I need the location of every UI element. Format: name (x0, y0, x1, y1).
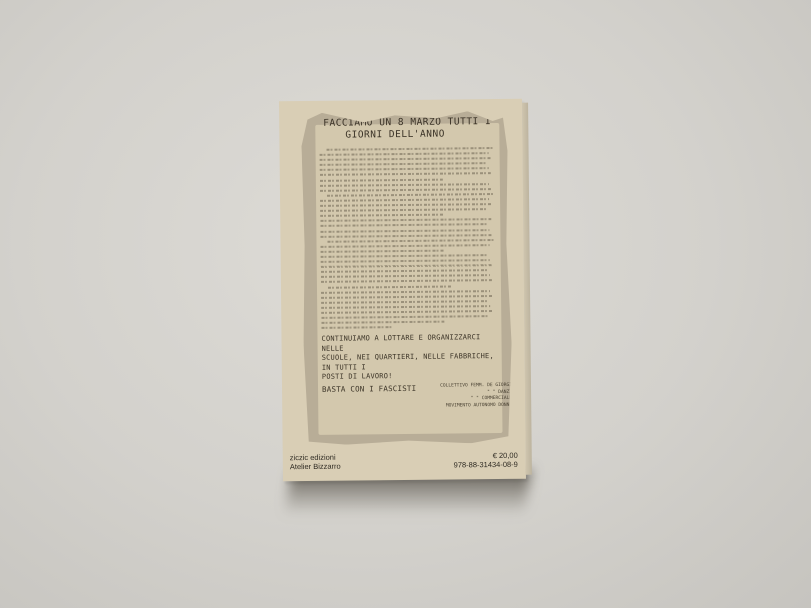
typewritten-line (320, 214, 443, 217)
typewritten-line (321, 269, 488, 273)
price-isbn: € 20,00 978-88-31434-08-9 (453, 451, 517, 470)
document-title-line1: FACCIAMO UN 8 MARZO TUTTI I (323, 116, 491, 129)
reproduced-document: FACCIAMO UN 8 MARZO TUTTI I GIORNI DELL'… (301, 111, 512, 445)
typewritten-line (321, 264, 492, 268)
document-title-line2: GIORNI DELL'ANNO (323, 128, 503, 142)
typewritten-line (320, 162, 487, 166)
typewritten-line (321, 290, 490, 294)
typewritten-line (320, 234, 491, 238)
typewritten-line (320, 157, 491, 161)
typewritten-line (321, 274, 490, 278)
typewritten-line (327, 193, 494, 197)
typewritten-line (320, 183, 489, 187)
typewritten-line (321, 254, 488, 258)
signature-line: MOVIMENTO AUTONOMO DONNE (412, 402, 512, 410)
typewritten-body (320, 147, 498, 332)
book-back-cover: FACCIAMO UN 8 MARZO TUTTI I GIORNI DELL'… (279, 99, 526, 482)
appeal-line: SCUOLE, NEI QUARTIERI, NELLE FABBRICHE, … (322, 352, 502, 373)
typewritten-line (321, 259, 490, 263)
document-title: FACCIAMO UN 8 MARZO TUTTI I GIORNI DELL'… (323, 116, 503, 142)
typewritten-line (321, 280, 492, 284)
typewritten-line (321, 300, 488, 304)
typewritten-line (327, 147, 494, 151)
typewritten-line (328, 239, 495, 243)
typewritten-line (321, 326, 391, 329)
typewritten-line (328, 285, 451, 288)
typewritten-line (320, 167, 489, 171)
appeal-line: CONTINUIAMO A LOTTARE E ORGANIZZARCI NEL… (321, 333, 501, 354)
publisher-info: ziczic edizioni Atelier Bizzarro (290, 453, 341, 472)
typewritten-line (320, 229, 489, 233)
typewritten-line (320, 224, 487, 228)
typewritten-line (320, 178, 443, 181)
vertical-handwriting (511, 331, 515, 411)
typewritten-line (321, 321, 444, 324)
typewritten-line (320, 208, 487, 212)
typewritten-line (320, 218, 491, 222)
book-page-edge (522, 103, 532, 475)
imprint-name: Atelier Bizzarro (290, 462, 341, 472)
typewritten-line (321, 310, 492, 314)
signatures: COLLETTIVO FEMM. DE GIORGI " " DANZI " "… (412, 383, 512, 410)
typewritten-line (320, 152, 489, 156)
typewritten-line (321, 249, 444, 252)
typewritten-line (321, 315, 488, 319)
typewritten-line (320, 198, 489, 202)
typewritten-line (320, 188, 491, 192)
typewritten-line (321, 244, 490, 248)
appeal-line: POSTI DI LAVORO! (322, 371, 502, 382)
typewritten-line (320, 203, 491, 207)
typewritten-line (321, 295, 492, 299)
typewritten-line (321, 305, 490, 309)
isbn: 978-88-31434-08-9 (454, 460, 518, 470)
typewritten-line (320, 173, 491, 177)
